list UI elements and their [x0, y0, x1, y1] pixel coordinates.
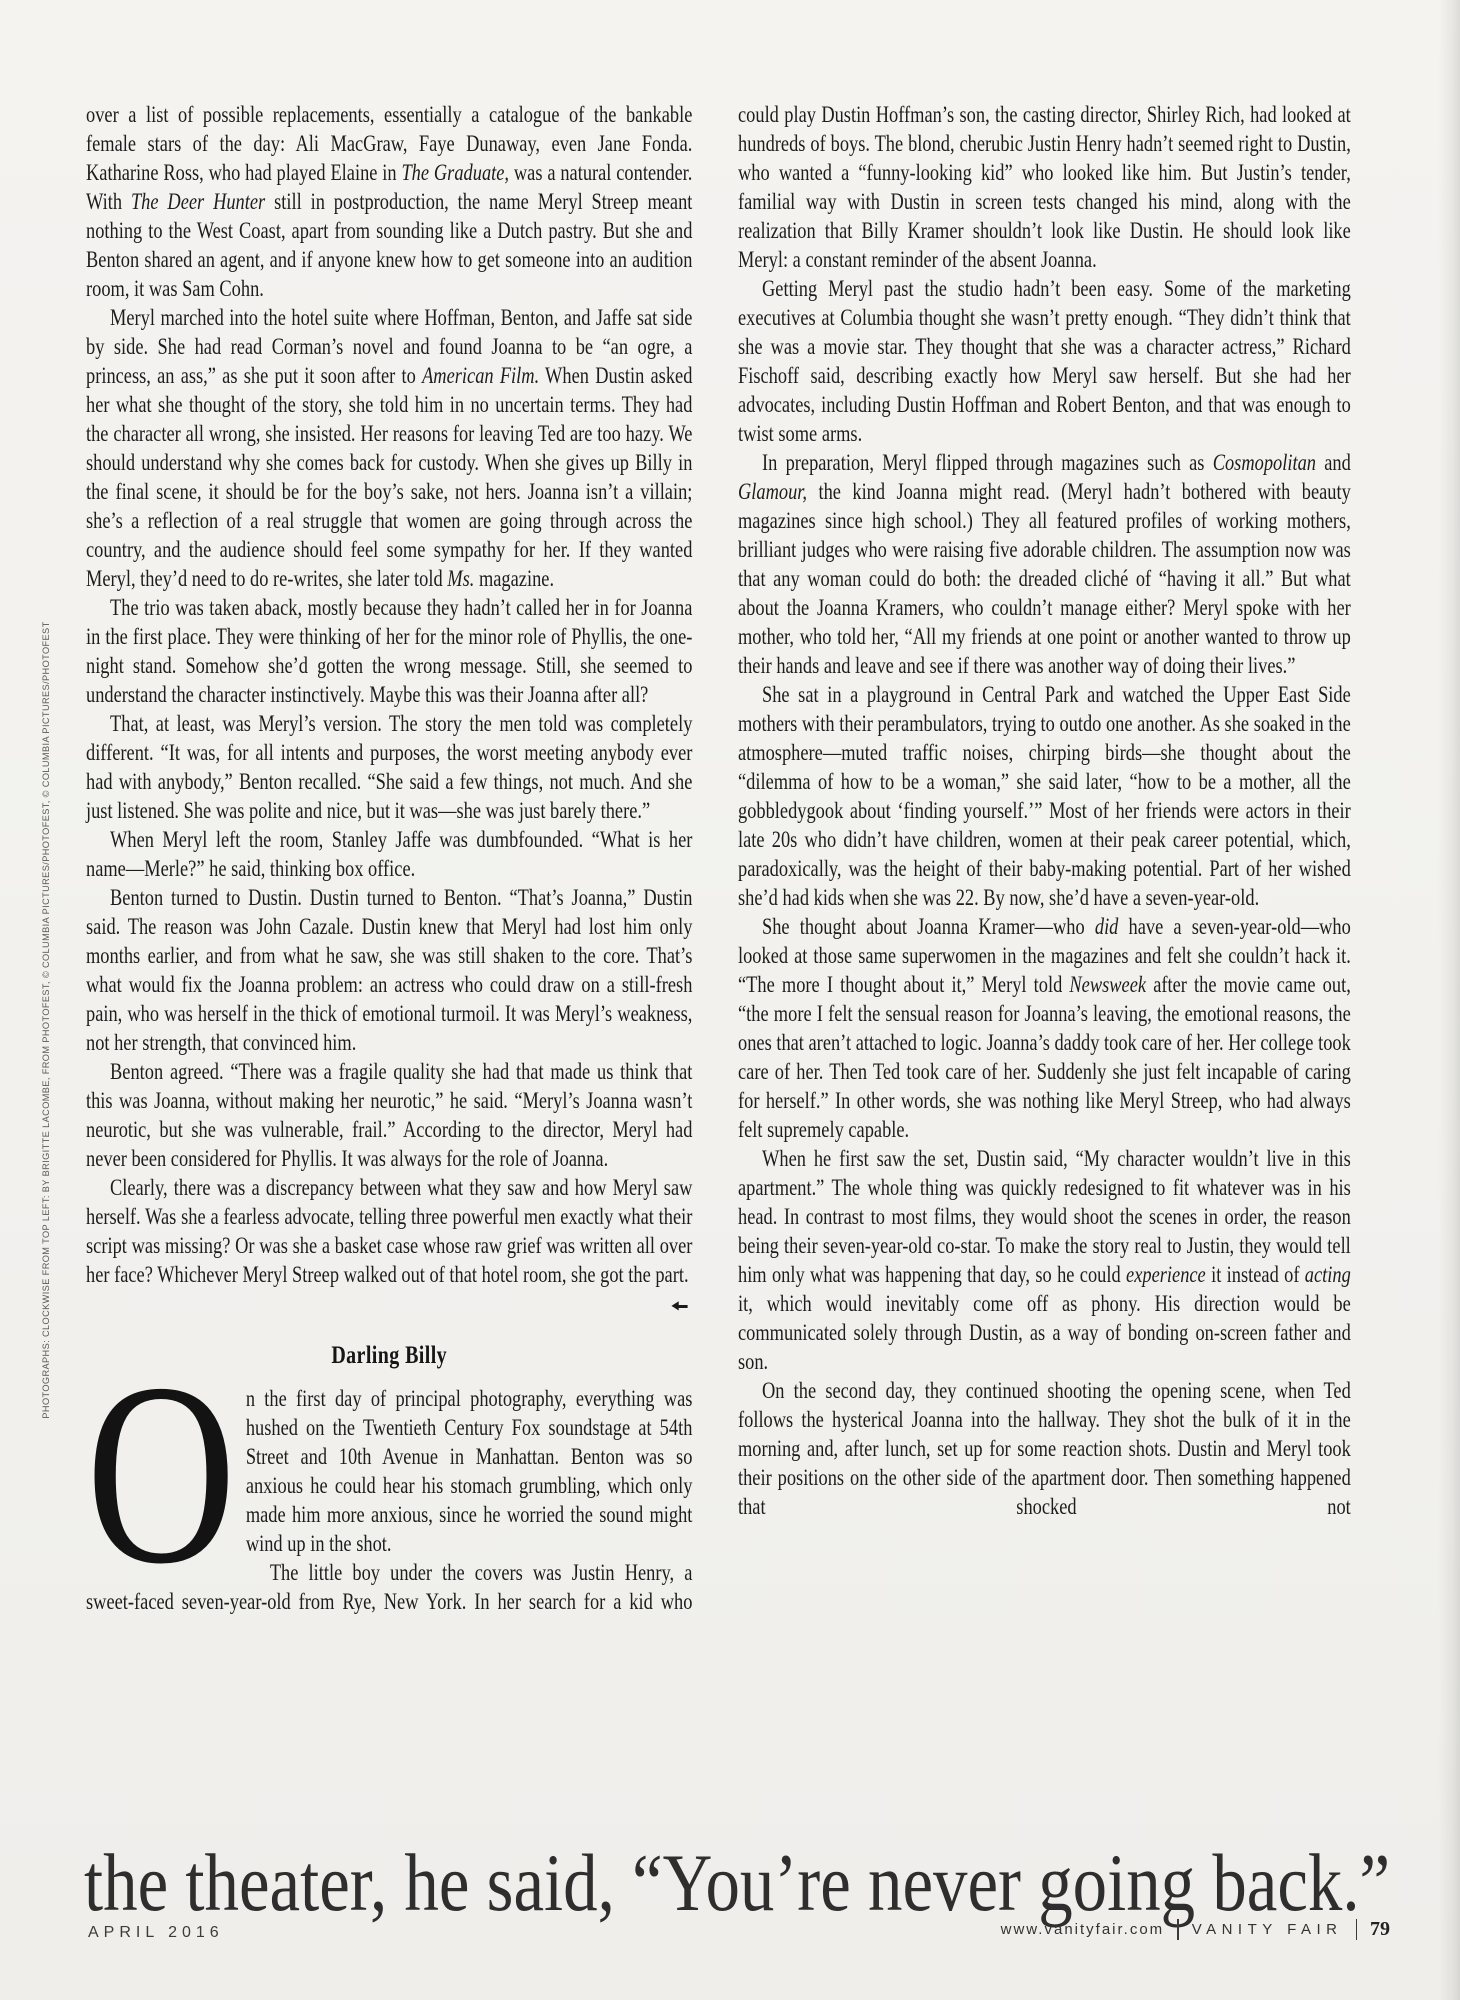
page-edge-shadow [1438, 0, 1460, 2000]
paragraph: She sat in a playground in Central Park … [738, 680, 1351, 912]
footer-divider [1356, 1919, 1358, 1940]
paragraph: over a list of possible replacements, es… [86, 100, 692, 303]
italic-text: The Graduate, [401, 160, 509, 185]
footer-website-link[interactable]: www.vanityfair.com [1001, 1921, 1165, 1938]
drop-cap-letter: O [86, 1388, 236, 1560]
paragraph: She thought about Joanna Kramer—who did … [738, 912, 1351, 1144]
italic-text: Newsweek [1069, 972, 1146, 997]
paragraph-dropcap: On the first day of principal photograph… [86, 1384, 692, 1558]
paragraph: could play Dustin Hoffman’s son, the cas… [738, 100, 1351, 274]
paragraph: When Meryl left the room, Stanley Jaffe … [86, 825, 692, 883]
footer: www.vanityfair.com VANITY FAIR 79 [1001, 1918, 1390, 1941]
paragraph: Meryl marched into the hotel suite where… [86, 303, 692, 593]
footer-divider [1177, 1919, 1179, 1940]
photo-credit-vertical: PHOTOGRAPHS: CLOCKWISE FROM TOP LEFT: BY… [41, 621, 51, 1418]
article-column-left: over a list of possible replacements, es… [86, 100, 692, 1616]
italic-text: did [1095, 914, 1119, 939]
section-end-arrow-icon: ◀ [86, 1295, 692, 1315]
italic-text: acting [1305, 1262, 1351, 1287]
italic-text: Ms. [447, 566, 474, 591]
paragraph: When he first saw the set, Dustin said, … [738, 1144, 1351, 1376]
italic-text: Cosmopolitan [1213, 450, 1316, 475]
footer-issue-date: APRIL 2016 [88, 1924, 224, 1942]
paragraph: Benton agreed. “There was a fragile qual… [86, 1057, 692, 1173]
paragraph: On the second day, they continued shooti… [738, 1376, 1351, 1521]
italic-text: The Deer Hunter [131, 189, 265, 214]
italic-text: Glamour, [738, 479, 807, 504]
article-column-right: could play Dustin Hoffman’s son, the cas… [738, 100, 1351, 1521]
footer-magazine-name: VANITY FAIR [1192, 1921, 1343, 1938]
paragraph: Clearly, there was a discrepancy between… [86, 1173, 692, 1289]
pull-quote: the theater, he said, “You’re never goin… [84, 1836, 1390, 1930]
paragraph: Getting Meryl past the studio hadn’t bee… [738, 274, 1351, 448]
paragraph: That, at least, was Meryl’s version. The… [86, 709, 692, 825]
footer-page-number: 79 [1370, 1918, 1390, 1941]
paragraph: Benton turned to Dustin. Dustin turned t… [86, 883, 692, 1057]
italic-text: American Film. [422, 363, 539, 388]
italic-text: experience [1126, 1262, 1206, 1287]
paragraph: The trio was taken aback, mostly because… [86, 593, 692, 709]
magazine-page: PHOTOGRAPHS: CLOCKWISE FROM TOP LEFT: BY… [0, 0, 1460, 2000]
paragraph: In preparation, Meryl flipped through ma… [738, 448, 1351, 680]
